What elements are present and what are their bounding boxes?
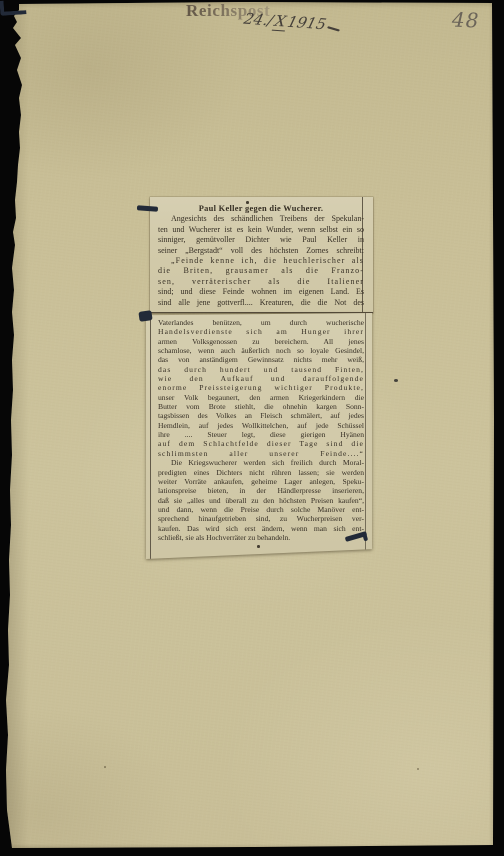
clipping-text-line: das durch hundert und tausend Finten, (158, 365, 364, 374)
clipping-text-line: Handelsverdienste sich am Hunger ihrer (158, 327, 364, 336)
clipping-text-line: die Briten, grausamer als die Franzo- (158, 266, 364, 276)
clipping-text-line: ihre .... Steuer legt, diese gierigen Hy… (158, 430, 364, 439)
clipping-text-line: und dann, wenn die Preise durch solche M… (158, 505, 364, 514)
clipping-bottom-text: Vaterlandes benützen, um durch wucherisc… (146, 313, 372, 542)
clipping-text-line: lationspreise bieten, in der Händlerpres… (158, 486, 364, 495)
fastener-mark (138, 310, 152, 322)
newspaper-clipping-top: Paul Keller gegen die Wucherer. Angesich… (150, 197, 373, 313)
clipping-text-line: sprechend hinaufgetrieben sind, zu Wuche… (158, 514, 364, 523)
paper-speck (417, 768, 419, 770)
section-separator-dot (257, 545, 260, 548)
date-year: 1915 (286, 13, 329, 33)
clipping-bottom-paper: Vaterlandes benützen, um durch wucherisc… (146, 313, 372, 559)
clipping-text-line: das von anständigem Gewinnsatz nichts me… (158, 355, 364, 364)
date-day: 24./ (242, 10, 275, 30)
clipping-text-line: ten und Wucherer ist es kein Wunder, wen… (158, 225, 364, 235)
clipping-text-line: schamlose, wenn auch äußerlich noch so l… (158, 346, 364, 355)
clipping-text-line: unser Volk begaunert, den armen Kriegerk… (158, 393, 364, 402)
fastener-mark (0, 0, 26, 16)
clipping-text-line: Vaterlandes benützen, um durch wucherisc… (158, 318, 364, 327)
clipping-text-line: enorme Preissteigerung wichtiger Produkt… (158, 383, 364, 392)
clipping-text-line: seiner „Bergstadt“ voll des höchsten Zor… (158, 246, 364, 256)
clipping-text-line: sinniger, gemütvoller Dichter wie Paul K… (158, 235, 364, 245)
clipping-headline: Paul Keller gegen die Wucherer. (158, 204, 364, 214)
clipping-text-line: weiter Vorräte ankaufen, geheime Lager a… (158, 477, 364, 486)
clipping-text-line: Butter vom Brote stiehlt, die ohnehin ka… (158, 402, 364, 411)
clipping-text-line: daß sie „alles und überall zu den höchst… (158, 496, 364, 505)
clipping-text-line: predigten eines Dichters nicht rühren la… (158, 468, 364, 477)
clipping-top-text: Paul Keller gegen die Wucherer. Angesich… (150, 197, 373, 308)
bottom-edge-shading (0, 843, 504, 850)
clipping-text-line: schließt, sie als Hochverräter zu behand… (158, 533, 364, 542)
clipping-text-line: schlimmsten aller unserer Feinde....“ (158, 449, 364, 458)
clipping-text-line: auf dem Schlachtfelde dieser Tage sind d… (158, 439, 364, 448)
ink-speck (394, 379, 398, 382)
scanned-page: Reichspost 24./X 1915 48 Paul Keller geg… (0, 0, 504, 856)
clipping-text-line: Die Kriegswucherer werden sich freilich … (158, 458, 364, 467)
clipping-text-line: wie den Aufkauf und darauffolgende (158, 374, 364, 383)
clipping-top-lines: Angesichts des schändlichen Treibens der… (158, 214, 364, 308)
clipping-bottom-lines: Vaterlandes benützen, um durch wucherisc… (158, 318, 364, 542)
clipping-text-line: sen, verräterischer als die Italiener (158, 277, 364, 287)
paper-speck (9, 229, 13, 233)
page-number: 48 (452, 8, 480, 33)
clipping-text-line: sind alle jene gottverfl.... Kreaturen, … (158, 298, 364, 308)
torn-edge-shading (0, 0, 34, 856)
pen-flourish (327, 26, 340, 31)
newspaper-clipping-bottom: Vaterlandes benützen, um durch wucherisc… (146, 313, 372, 559)
right-edge-shading (488, 0, 496, 856)
clipping-text-line: Hemdlein, auf jedes Wollkittelchen, auf … (158, 421, 364, 430)
paper-speck (104, 766, 106, 768)
clipping-text-line: sind; und diese Feinde wohnen im eigenen… (158, 287, 364, 297)
clipping-text-line: armen Volksgenossen zu bereichern. All j… (158, 337, 364, 346)
clipping-text-line: kaufen. Das wird sich erst ändern, wenn … (158, 524, 364, 533)
clipping-text-line: „Feinde kenne ich, die heuchlerischer al… (158, 256, 364, 266)
clipping-text-line: tagsbissen des Volkes an Fleisch schmäle… (158, 411, 364, 420)
clipping-text-line: Angesichts des schändlichen Treibens der… (158, 214, 364, 224)
